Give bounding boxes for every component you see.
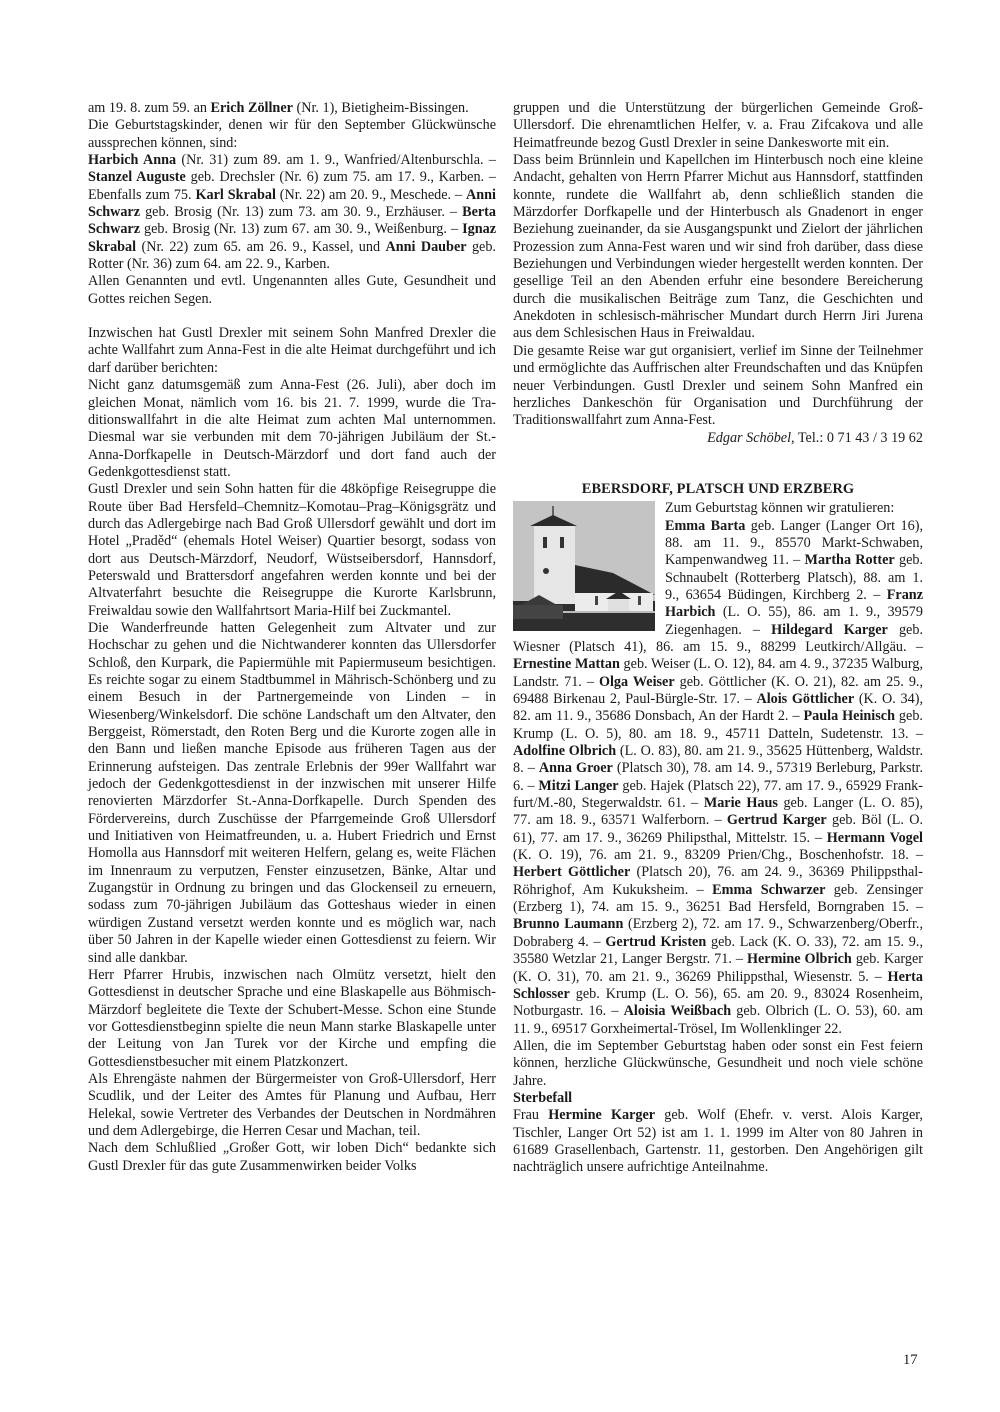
paragraph: Die Geburtstagskinder, denen wir für den… (88, 117, 496, 152)
text-run: Die Wanderfreunde hatten Gelegenheit zum… (88, 620, 496, 966)
person-name: Emma Barta (665, 518, 745, 534)
text-run: Die gesamte Reise war gut organisiert, v… (513, 343, 923, 428)
paragraph: Die Wanderfreunde hatten Gelegenheit zum… (88, 620, 496, 967)
pilgrimage-report-continued: gruppen und die Unterstützung der bürger… (513, 100, 923, 430)
author-name: Edgar Schöbel, (707, 430, 794, 446)
paragraph: Dass beim Brünnlein und Kapellchen im Hi… (513, 152, 923, 343)
person-name: Erich Zöllner (211, 100, 293, 116)
person-name: Hermine Karger (548, 1107, 655, 1123)
author-phone: Tel.: 0 71 43 / 3 19 62 (795, 430, 923, 446)
text-run: Herr Pfarrer Hrubis, inzwischen nach Olm… (88, 967, 496, 1070)
person-name: Emma Schwarzer (712, 882, 825, 898)
person-name: Hermann Vogel (827, 830, 923, 846)
text-run: Gustl Drexler und sein Sohn hatten für d… (88, 481, 496, 618)
paragraph: Herr Pfarrer Hrubis, inzwischen nach Olm… (88, 967, 496, 1071)
text-run: Inzwischen hat Gustl Drexler mit seinem … (88, 325, 496, 376)
person-name: Mitzi Langer (538, 778, 618, 794)
author-signature: Edgar Schöbel, Tel.: 0 71 43 / 3 19 62 (513, 430, 923, 447)
person-name: Anna Groer (539, 760, 613, 776)
person-name: Marie Haus (704, 795, 778, 811)
text-run: Als Ehrengäste nahmen der Bürgermeister … (88, 1071, 496, 1139)
text-run: (Nr. 22) zum 65. am 26. 9., Kassel, und (136, 239, 385, 255)
text-run: geb. Brosig (Nr. 13) zum 73. am 30. 9., … (140, 204, 462, 220)
paragraph: am 19. 8. zum 59. an Erich Zöllner (Nr. … (88, 100, 496, 117)
text-run: (Nr. 31) zum 89. am 1. 9., Wanfried/Alte… (176, 152, 496, 168)
person-name: Gertrud Kri­sten (605, 934, 706, 950)
church-illustration-icon (513, 501, 655, 631)
text-run: gruppen und die Unterstützung der bürger… (513, 100, 923, 151)
paragraph: Als Ehrengäste nahmen der Bürgermeister … (88, 1071, 496, 1140)
person-name: Karl Skrabal (196, 187, 276, 203)
page-number: 17 (903, 1352, 918, 1369)
church-photo (513, 501, 655, 631)
person-name: Gertrud Karger (727, 812, 827, 828)
text-run: (K. O. 19), 76. am 21. 9., 83209 Prien/C… (513, 847, 923, 863)
person-name: Aloisia Weißbach (624, 1003, 731, 1019)
text-run: Allen Genannten und evtl. Ungenannten al… (88, 273, 496, 306)
person-name: Anni Dauber (385, 239, 466, 255)
person-name: Harbich Anna (88, 152, 176, 168)
person-name: Martha Rotter (805, 552, 895, 568)
text-run: Dass beim Brünnlein und Kapellchen im Hi… (513, 152, 923, 341)
paragraph: Harbich Anna (Nr. 31) zum 89. am 1. 9., … (88, 152, 496, 273)
person-name: Olga Weiser (599, 674, 675, 690)
text-run: Allen, die im September Geburtstag haben… (513, 1038, 923, 1089)
text-run: (Nr. 22) am 20. 9., Meschede. – (276, 187, 466, 203)
text-run: (Nr. 1), Bietigheim-Bissin­gen. (293, 100, 469, 116)
paragraph: gruppen und die Unterstützung der bürger… (513, 100, 923, 152)
person-name: Alois Göttlicher (756, 691, 854, 707)
person-name: Stanzel Auguste (88, 169, 186, 185)
text-run: geb. Brosig (Nr. 13) zum 67. am 30. 9., … (140, 221, 462, 237)
left-column: am 19. 8. zum 59. an Erich Zöllner (Nr. … (88, 100, 496, 1175)
person-name: Paula Heinisch (804, 708, 895, 724)
text-run: Frau (513, 1107, 548, 1123)
text-run: Nach dem Schlußlied „Großer Gott, wir lo… (88, 1140, 496, 1173)
paragraph: Gustl Drexler und sein Sohn hatten für d… (88, 481, 496, 620)
person-name: Brunno Laumann (513, 916, 623, 932)
text-run: Nicht ganz datumsgemäß zum Anna-Fest (26… (88, 377, 496, 480)
paragraph: Nicht ganz datumsgemäß zum Anna-Fest (26… (88, 377, 496, 481)
person-name: Hildegard Karger (771, 622, 888, 638)
obituary-heading: Sterbefall (513, 1090, 923, 1107)
person-name: Herbert Göttlicher (513, 864, 630, 880)
paragraph: Allen, die im September Geburtstag haben… (513, 1038, 923, 1090)
text-run: Die Geburtstagskinder, denen wir für den… (88, 117, 496, 150)
paragraph: Inzwischen hat Gustl Drexler mit seinem … (88, 325, 496, 377)
paragraph: Die gesamte Reise war gut organisiert, v… (513, 343, 923, 430)
obituary-text: Frau Hermine Karger geb. Wolf (Ehefr. v.… (513, 1107, 923, 1176)
paragraph: Nach dem Schlußlied „Großer Gott, wir lo… (88, 1140, 496, 1175)
person-name: Adolfine Olbrich (513, 743, 616, 759)
person-name: Ernestine Mattan (513, 656, 620, 672)
person-name: Hermine Olbrich (747, 951, 852, 967)
section-title: EBERSDORF, PLATSCH UND ERZBERG (513, 481, 923, 498)
text-run: Zum Geburtstag können wir gratulie­ren: (665, 500, 894, 516)
birthday-section: Zum Geburtstag können wir gratulie­ren:E… (513, 500, 923, 1090)
right-column: gruppen und die Unterstützung der bürger… (513, 100, 923, 1177)
paragraph: Allen Genannten und evtl. Ungenannten al… (88, 273, 496, 308)
text-run: am 19. 8. zum 59. an (88, 100, 211, 116)
